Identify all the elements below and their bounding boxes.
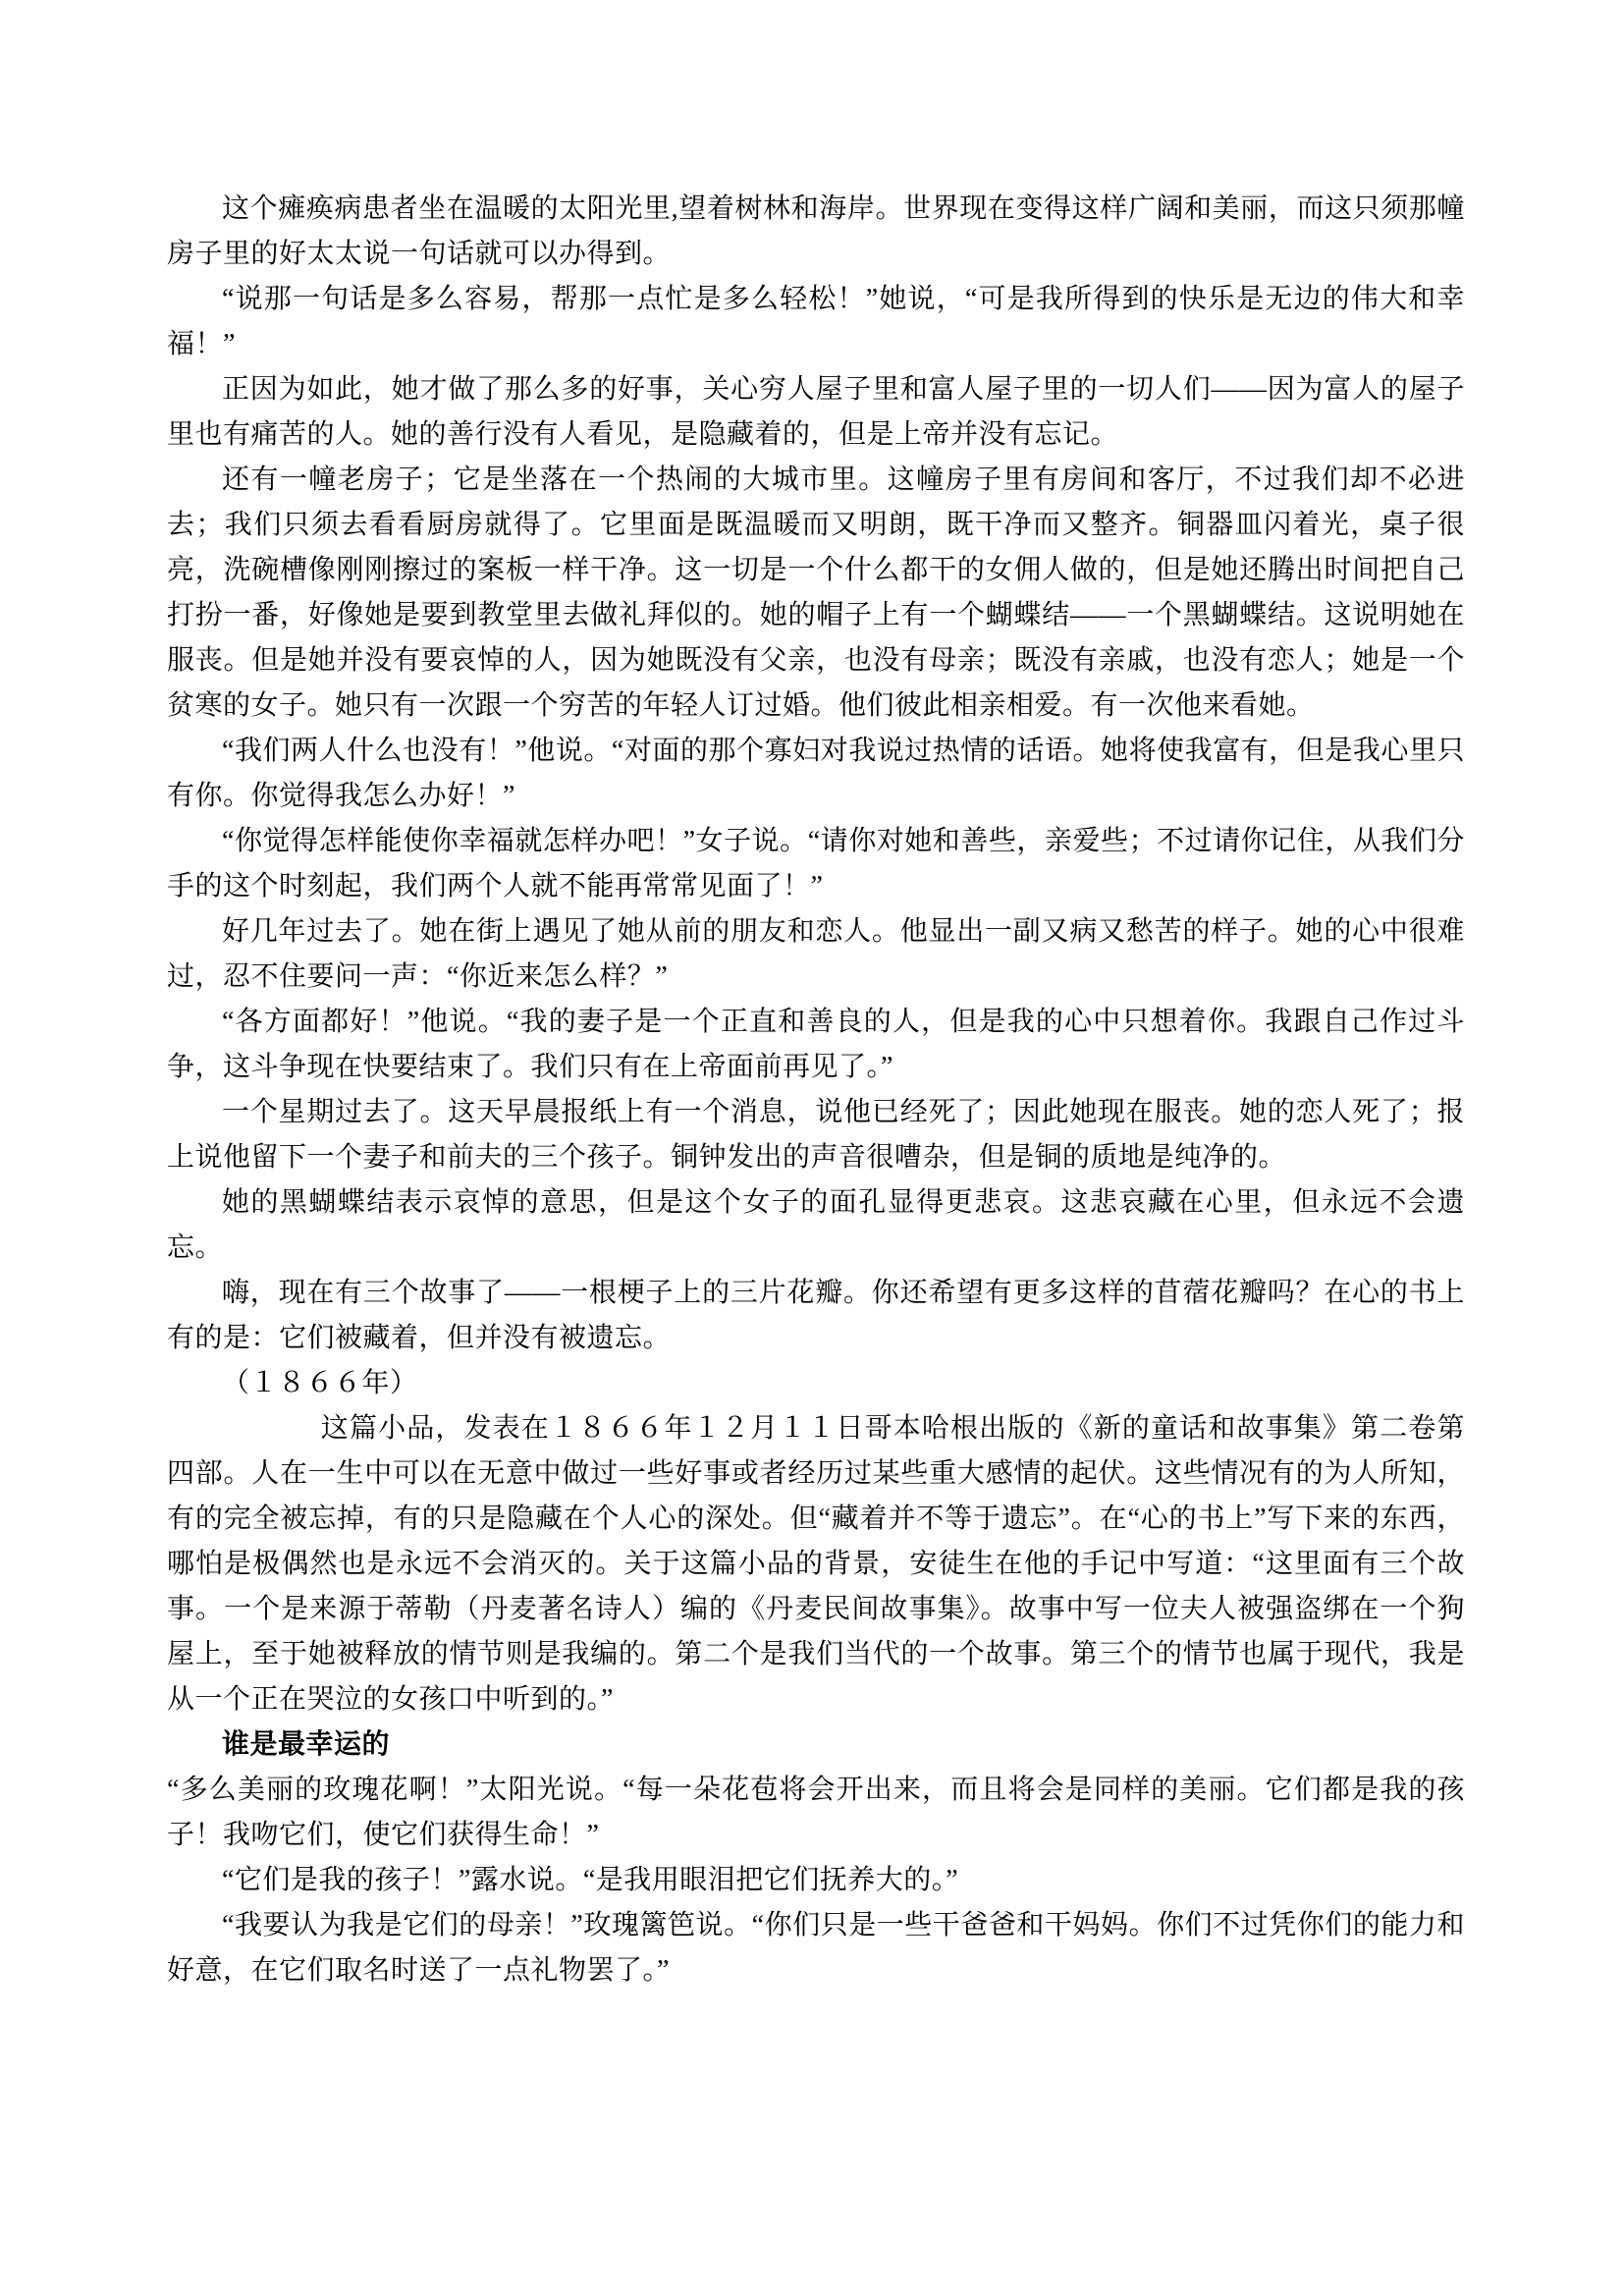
paragraph: 正因为如此，她才做了那么多的好事，关心穷人屋子里和富人屋子里的一切人们——因为富… xyxy=(167,367,1465,458)
year-line: （１８６６年） xyxy=(167,1361,1465,1406)
document-page: 这个瘫痪病患者坐在温暖的太阳光里,望着树林和海岸。世界现在变得这样广阔和美丽，而… xyxy=(0,0,1623,2296)
paragraph: “我要认为我是它们的母亲！”玫瑰篱笆说。“你们只是一些干爸爸和干妈妈。你们不过凭… xyxy=(167,1903,1465,1994)
paragraph: “我们两人什么也没有！”他说。“对面的那个寡妇对我说过热情的话语。她将使我富有，… xyxy=(167,729,1465,819)
section-heading: 谁是最幸运的 xyxy=(167,1722,1465,1768)
paragraph: 她的黑蝴蝶结表示哀悼的意思，但是这个女子的面孔显得更悲哀。这悲哀藏在心里，但永远… xyxy=(167,1180,1465,1271)
paragraph: 好几年过去了。她在街上遇见了她从前的朋友和恋人。他显出一副又病又愁苦的样子。她的… xyxy=(167,909,1465,1000)
paragraph: “你觉得怎样能使你幸福就怎样办吧！”女子说。“请你对她和善些，亲爱些；不过请你记… xyxy=(167,819,1465,909)
paragraph: “各方面都好！”他说。“我的妻子是一个正直和善良的人，但是我的心中只想着你。我跟… xyxy=(167,1000,1465,1090)
paragraph: “它们是我的孩子！”露水说。“是我用眼泪把它们抚养大的。” xyxy=(167,1858,1465,1903)
paragraph: 还有一幢老房子；它是坐落在一个热闹的大城市里。这幢房子里有房间和客厅，不过我们却… xyxy=(167,458,1465,729)
paragraph: 一个星期过去了。这天早晨报纸上有一个消息，说他已经死了；因此她现在服丧。她的恋人… xyxy=(167,1090,1465,1180)
paragraph: 这篇小品，发表在１８６６年１２月１１日哥本哈根出版的《新的童话和故事集》第二卷第… xyxy=(167,1406,1465,1722)
text-content: 这个瘫痪病患者坐在温暖的太阳光里,望着树林和海岸。世界现在变得这样广阔和美丽，而… xyxy=(167,187,1465,1994)
paragraph: 嗨，现在有三个故事了——一根梗子上的三片花瓣。你还希望有更多这样的苜蓿花瓣吗？在… xyxy=(167,1271,1465,1361)
paragraph: “多么美丽的玫瑰花啊！”太阳光说。“每一朵花苞将会开出来，而且将会是同样的美丽。… xyxy=(167,1768,1465,1858)
paragraph: 这个瘫痪病患者坐在温暖的太阳光里,望着树林和海岸。世界现在变得这样广阔和美丽，而… xyxy=(167,187,1465,277)
paragraph: “说那一句话是多么容易，帮那一点忙是多么轻松！”她说，“可是我所得到的快乐是无边… xyxy=(167,277,1465,367)
